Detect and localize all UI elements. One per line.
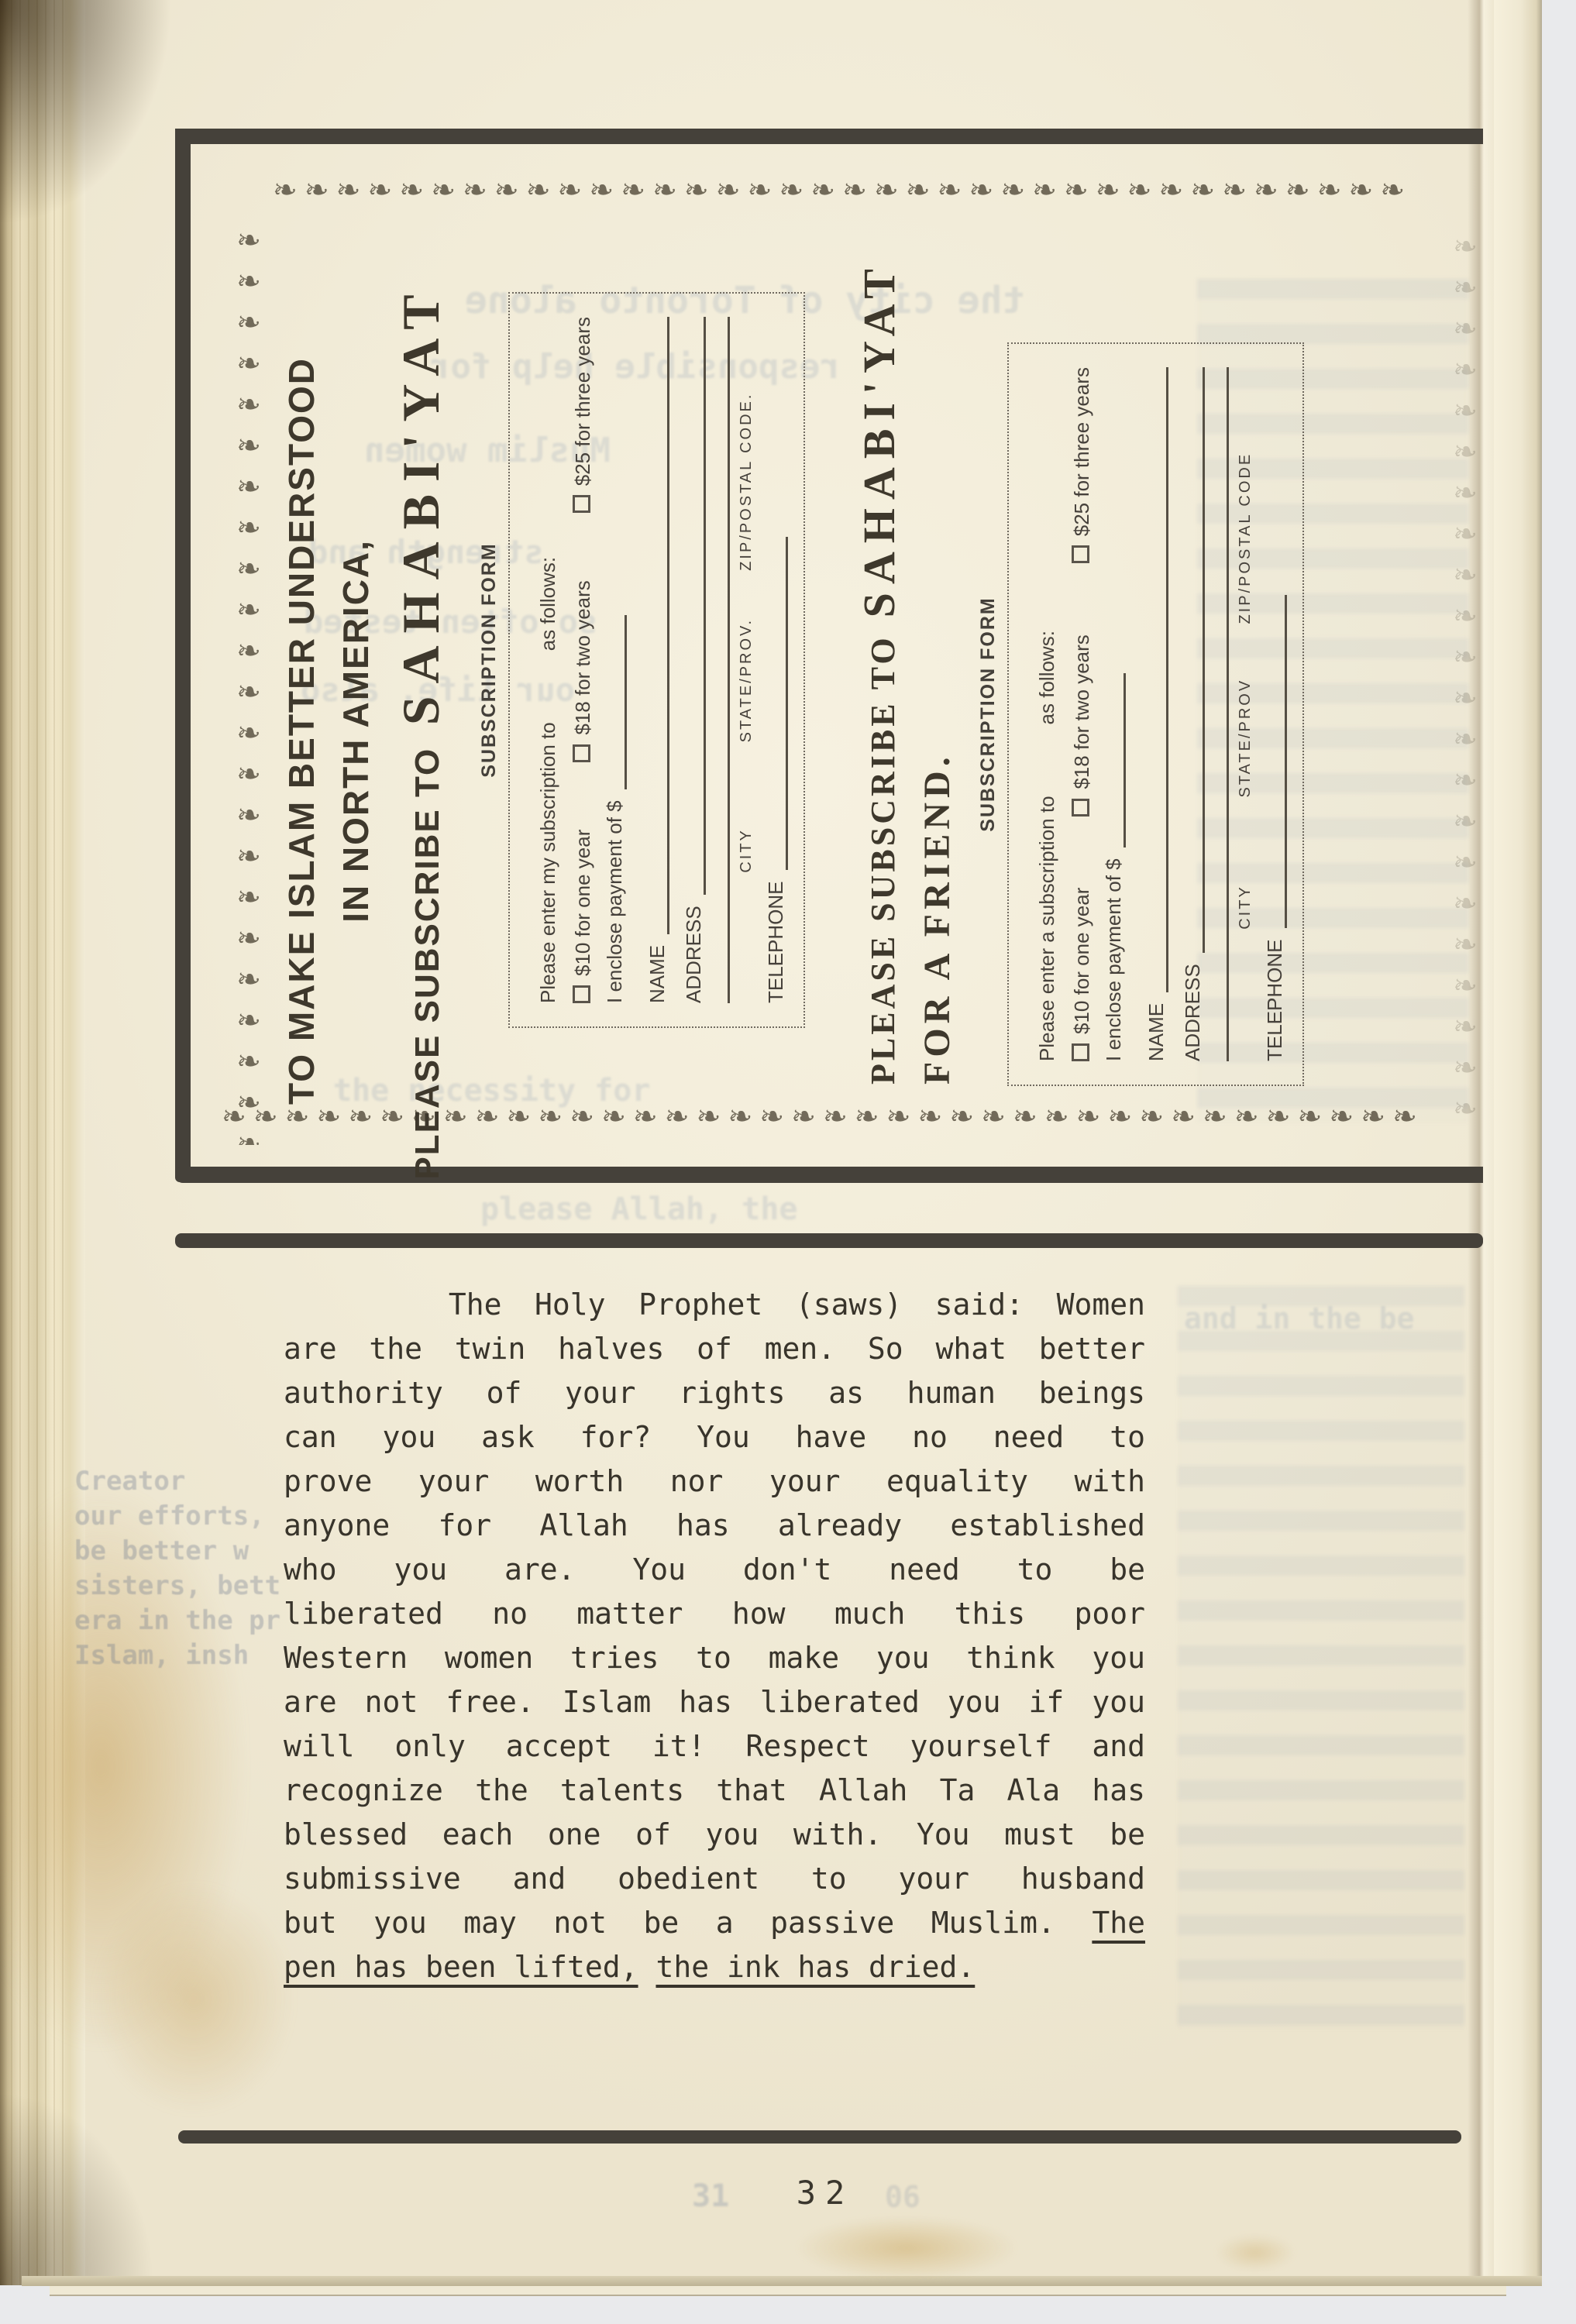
- friend-headline: PLEASE SUBSCRIBE TO SAHABI'YAT FOR A FRI…: [853, 267, 958, 1085]
- checkbox-icon: [1072, 1043, 1089, 1061]
- article-text: blessed each one of you with. You must b…: [284, 1817, 1145, 1851]
- article-line: prove your worth nor your equality with: [284, 1459, 1145, 1504]
- page-bottom-edge: [22, 2276, 1542, 2286]
- ad-landscape-content: TO MAKE ISLAM BETTER UNDERSTOOD IN NORTH…: [280, 267, 1439, 1195]
- ad-headline: TO MAKE ISLAM BETTER UNDERSTOOD IN NORTH…: [280, 267, 452, 1195]
- form2-city-label: CITY: [1237, 885, 1254, 930]
- payment-blank-line: [1103, 673, 1126, 847]
- form2-address-label: ADDRESS: [1181, 964, 1205, 1061]
- option-two-years: $18 for two years: [1070, 634, 1094, 816]
- form2-name-label: NAME: [1144, 1003, 1168, 1061]
- scanner-background-right: [1542, 0, 1576, 2324]
- form2-telephone-label: TELEPHONE: [1263, 940, 1287, 1062]
- magazine-title: SAHABI'YAT: [854, 260, 904, 617]
- frame-rule-left: [175, 129, 191, 1182]
- article-paragraph: The Holy Prophet (saws) said: Womenare t…: [284, 1283, 1145, 1989]
- ad-headline-line3: PLEASE SUBSCRIBE TO SAHABI'YAT: [391, 267, 452, 1195]
- form1-payment-label: I enclose payment of $: [603, 800, 627, 1003]
- subscription-ad-rotated: TO MAKE ISLAM BETTER UNDERSTOOD IN NORTH…: [280, 229, 1439, 1156]
- article-line: will only accept it! Respect yourself an…: [284, 1724, 1145, 1769]
- underlined-text: the ink has dried.: [656, 1950, 975, 1984]
- article-line: who you are. You don't need to be: [284, 1548, 1145, 1592]
- leaf-border-top: ❧❧❧❧❧❧❧❧❧❧❧❧❧❧❧❧❧❧❧❧❧❧❧❧❧❧❧❧❧❧❧❧❧❧❧❧: [273, 175, 1481, 217]
- form1-name-label: NAME: [645, 945, 669, 1003]
- form1-state-label: STATE/PROV.: [738, 618, 755, 742]
- article-line: are the twin halves of men. So what bett…: [284, 1327, 1145, 1371]
- friend-headline-line2: FOR A FRIEND.: [916, 267, 958, 1085]
- article-text: are the twin halves of men. So what bett…: [284, 1332, 1145, 1366]
- name-blank-line: [1146, 367, 1168, 992]
- form2-name-row: NAME: [1144, 367, 1168, 1061]
- address-blank-line: [683, 317, 706, 895]
- article-line: Western women tries to make you think yo…: [284, 1636, 1145, 1680]
- show-through-text: Creator: [74, 1466, 185, 1497]
- checkbox-icon: [1072, 545, 1089, 563]
- subscription-form-2: SUBSCRIPTION FORM Please enter a subscri…: [977, 342, 1304, 1086]
- form1-header: SUBSCRIPTION FORM: [478, 292, 501, 1028]
- checkbox-icon: [573, 495, 590, 513]
- leaf-border-right: ❧❧❧❧❧❧❧❧❧❧❧❧❧❧❧❧❧❧❧❧❧❧❧❧❧❧: [1438, 229, 1480, 1128]
- form2-sublabels: CITY STATE/PROV ZIP/POSTAL CODE: [1234, 367, 1255, 1061]
- option-three-years: $25 for three years: [571, 317, 595, 513]
- form2-telephone-row: TELEPHONE: [1263, 367, 1287, 1061]
- telephone-blank-line: [766, 538, 788, 871]
- form2-as-follows: as follows:: [1035, 631, 1059, 724]
- article-line: submissive and obedient to your husband: [284, 1857, 1145, 1901]
- show-through-text: era in the pr: [74, 1605, 280, 1636]
- page-number: 32: [771, 2174, 879, 2212]
- article-text: [638, 1950, 656, 1984]
- stain: [798, 2217, 1015, 2279]
- show-through-page-number: 06: [885, 2180, 920, 2214]
- article-text: are not free. Islam has liberated you if…: [284, 1685, 1145, 1719]
- form1-address-label: ADDRESS: [682, 906, 706, 1003]
- telephone-blank-line: [1265, 596, 1287, 929]
- article-line: authority of your rights as human beings: [284, 1371, 1145, 1415]
- article-text: authority of your rights as human beings: [284, 1376, 1145, 1410]
- page-right-edge: [1494, 0, 1542, 2285]
- divider-rule: [175, 1233, 1483, 1248]
- show-through-text: please Allah, the: [480, 1191, 797, 1227]
- form2-options-row: $10 for one year $18 for two years $25 f…: [1070, 367, 1094, 1061]
- ad-headline-line2: IN NORTH AMERICA,: [335, 267, 377, 1195]
- checkbox-icon: [1072, 799, 1089, 816]
- ad-headline-line1: TO MAKE ISLAM BETTER UNDERSTOOD: [280, 267, 322, 1195]
- show-through-page-number: 31: [692, 2178, 729, 2214]
- option-one-year: $10 for one year: [571, 830, 595, 1003]
- form1-intro-row: Please enter my subscription to as follo…: [536, 317, 560, 1003]
- form1-telephone-label: TELEPHONE: [764, 882, 788, 1004]
- footer-rule: [178, 2130, 1461, 2144]
- form2-box: Please enter a subscription to as follow…: [1007, 342, 1304, 1086]
- article-line: liberated no matter how much this poor: [284, 1592, 1145, 1636]
- article-line: blessed each one of you with. You must b…: [284, 1813, 1145, 1857]
- binding-shadow-top: [0, 0, 178, 232]
- underlined-text: The: [1092, 1906, 1145, 1940]
- magazine-title: SAHABI'YAT: [391, 282, 450, 725]
- article-text: but you may not be a passive Muslim.: [284, 1906, 1092, 1940]
- form1-as-follows: as follows:: [536, 557, 560, 651]
- scanned-page: the city of Toronto alone responsible he…: [0, 0, 1576, 2324]
- option-two-years-label: $18 for two years: [1070, 634, 1093, 789]
- show-through-text: Islam, insh: [74, 1640, 249, 1671]
- option-three-years: $25 for three years: [1070, 367, 1094, 563]
- form1-payment-row: I enclose payment of $: [603, 317, 627, 1003]
- option-two-years: $18 for two years: [571, 580, 595, 761]
- option-three-years-label: $25 for three years: [571, 317, 594, 486]
- show-through-text: sisters, bett: [74, 1570, 280, 1601]
- form1-sublabels: CITY STATE/PROV. ZIP/POSTAL CODE.: [735, 317, 756, 1003]
- city-state-zip-blank-line: [1225, 367, 1229, 1061]
- form1-name-row: NAME: [645, 317, 669, 1003]
- leaf-border-left: ❧❧❧❧❧❧❧❧❧❧❧❧❧❧❧❧❧❧❧❧❧❧❧❧❧❧❧: [222, 223, 263, 1145]
- name-blank-line: [647, 317, 669, 934]
- scanner-background-bottom: [0, 2296, 1576, 2324]
- article-text: who you are. You don't need to be: [284, 1552, 1145, 1587]
- article-text: will only accept it! Respect yourself an…: [284, 1729, 1145, 1763]
- article-text: can you ask for? You have no need to: [284, 1420, 1145, 1454]
- form1-options-row: $10 for one year $18 for two years $25 f…: [571, 317, 595, 1003]
- article-text: submissive and obedient to your husband: [284, 1862, 1145, 1896]
- form2-payment-label: I enclose payment of $: [1102, 858, 1126, 1061]
- article-line: but you may not be a passive Muslim. The: [284, 1901, 1145, 1945]
- article-text: The Holy Prophet (saws) said: Women: [284, 1287, 1145, 1322]
- article-line: can you ask for? You have no need to: [284, 1415, 1145, 1459]
- article-text: anyone for Allah has already established: [284, 1508, 1145, 1542]
- article-line: are not free. Islam has liberated you if…: [284, 1680, 1145, 1724]
- payment-blank-line: [604, 615, 627, 789]
- form1-intro: Please enter my subscription to: [536, 722, 560, 1003]
- show-through-text: be better w: [74, 1535, 249, 1566]
- subscription-form-1: SUBSCRIPTION FORM Please enter my subscr…: [478, 292, 805, 1028]
- form1-address-row: ADDRESS: [682, 317, 706, 1003]
- option-one-year: $10 for one year: [1070, 888, 1094, 1061]
- form1-zip-label: ZIP/POSTAL CODE.: [738, 393, 755, 571]
- form1-box: Please enter my subscription to as follo…: [508, 292, 805, 1028]
- checkbox-icon: [573, 744, 590, 762]
- next-page-sliver: [50, 2286, 1506, 2296]
- option-three-years-label: $25 for three years: [1070, 367, 1093, 536]
- form2-intro: Please enter a subscription to: [1035, 796, 1059, 1061]
- show-through-text: and in the be: [1184, 1301, 1414, 1336]
- form1-telephone-row: TELEPHONE: [764, 317, 788, 1003]
- binding-shadow-bottom: [0, 2092, 155, 2285]
- ad-headline-line3-prefix: PLEASE SUBSCRIBE TO: [408, 748, 446, 1180]
- show-through-block: [1178, 1286, 1464, 2030]
- address-blank-line: [1182, 367, 1205, 953]
- frame-rule-top: [175, 129, 1483, 144]
- stain: [93, 1882, 294, 2115]
- form2-intro-row: Please enter a subscription to as follow…: [1035, 367, 1059, 1061]
- option-two-years-label: $18 for two years: [571, 580, 594, 734]
- option-one-year-label: $10 for one year: [571, 830, 594, 976]
- article-text: Western women tries to make you think yo…: [284, 1641, 1145, 1675]
- city-state-zip-blank-line: [726, 317, 730, 1003]
- article-line: The Holy Prophet (saws) said: Women: [284, 1283, 1145, 1327]
- friend-headline-prefix: PLEASE SUBSCRIBE TO: [864, 634, 902, 1085]
- form2-address-row: ADDRESS: [1181, 367, 1205, 1061]
- option-one-year-label: $10 for one year: [1070, 888, 1093, 1034]
- article-text: recognize the talents that Allah Ta Ala …: [284, 1773, 1145, 1807]
- form2-payment-row: I enclose payment of $: [1102, 367, 1126, 1061]
- checkbox-icon: [573, 985, 590, 1003]
- form2-state-label: STATE/PROV: [1237, 679, 1254, 798]
- form1-city-label: CITY: [738, 828, 755, 873]
- form2-zip-label: ZIP/POSTAL CODE: [1237, 452, 1254, 624]
- friend-headline-line1: PLEASE SUBSCRIBE TO SAHABI'YAT: [853, 267, 905, 1085]
- stain: [1216, 2235, 1294, 2271]
- article-text: prove your worth nor your equality with: [284, 1464, 1145, 1498]
- article-line: anyone for Allah has already established: [284, 1504, 1145, 1548]
- article-text: liberated no matter how much this poor: [284, 1597, 1145, 1631]
- show-through-text: our efforts,: [74, 1501, 265, 1532]
- article-line: pen has been lifted, the ink has dried.: [284, 1945, 1145, 1989]
- underlined-text: pen has been lifted,: [284, 1950, 638, 1984]
- form2-header: SUBSCRIPTION FORM: [977, 342, 1000, 1086]
- article-line: recognize the talents that Allah Ta Ala …: [284, 1769, 1145, 1813]
